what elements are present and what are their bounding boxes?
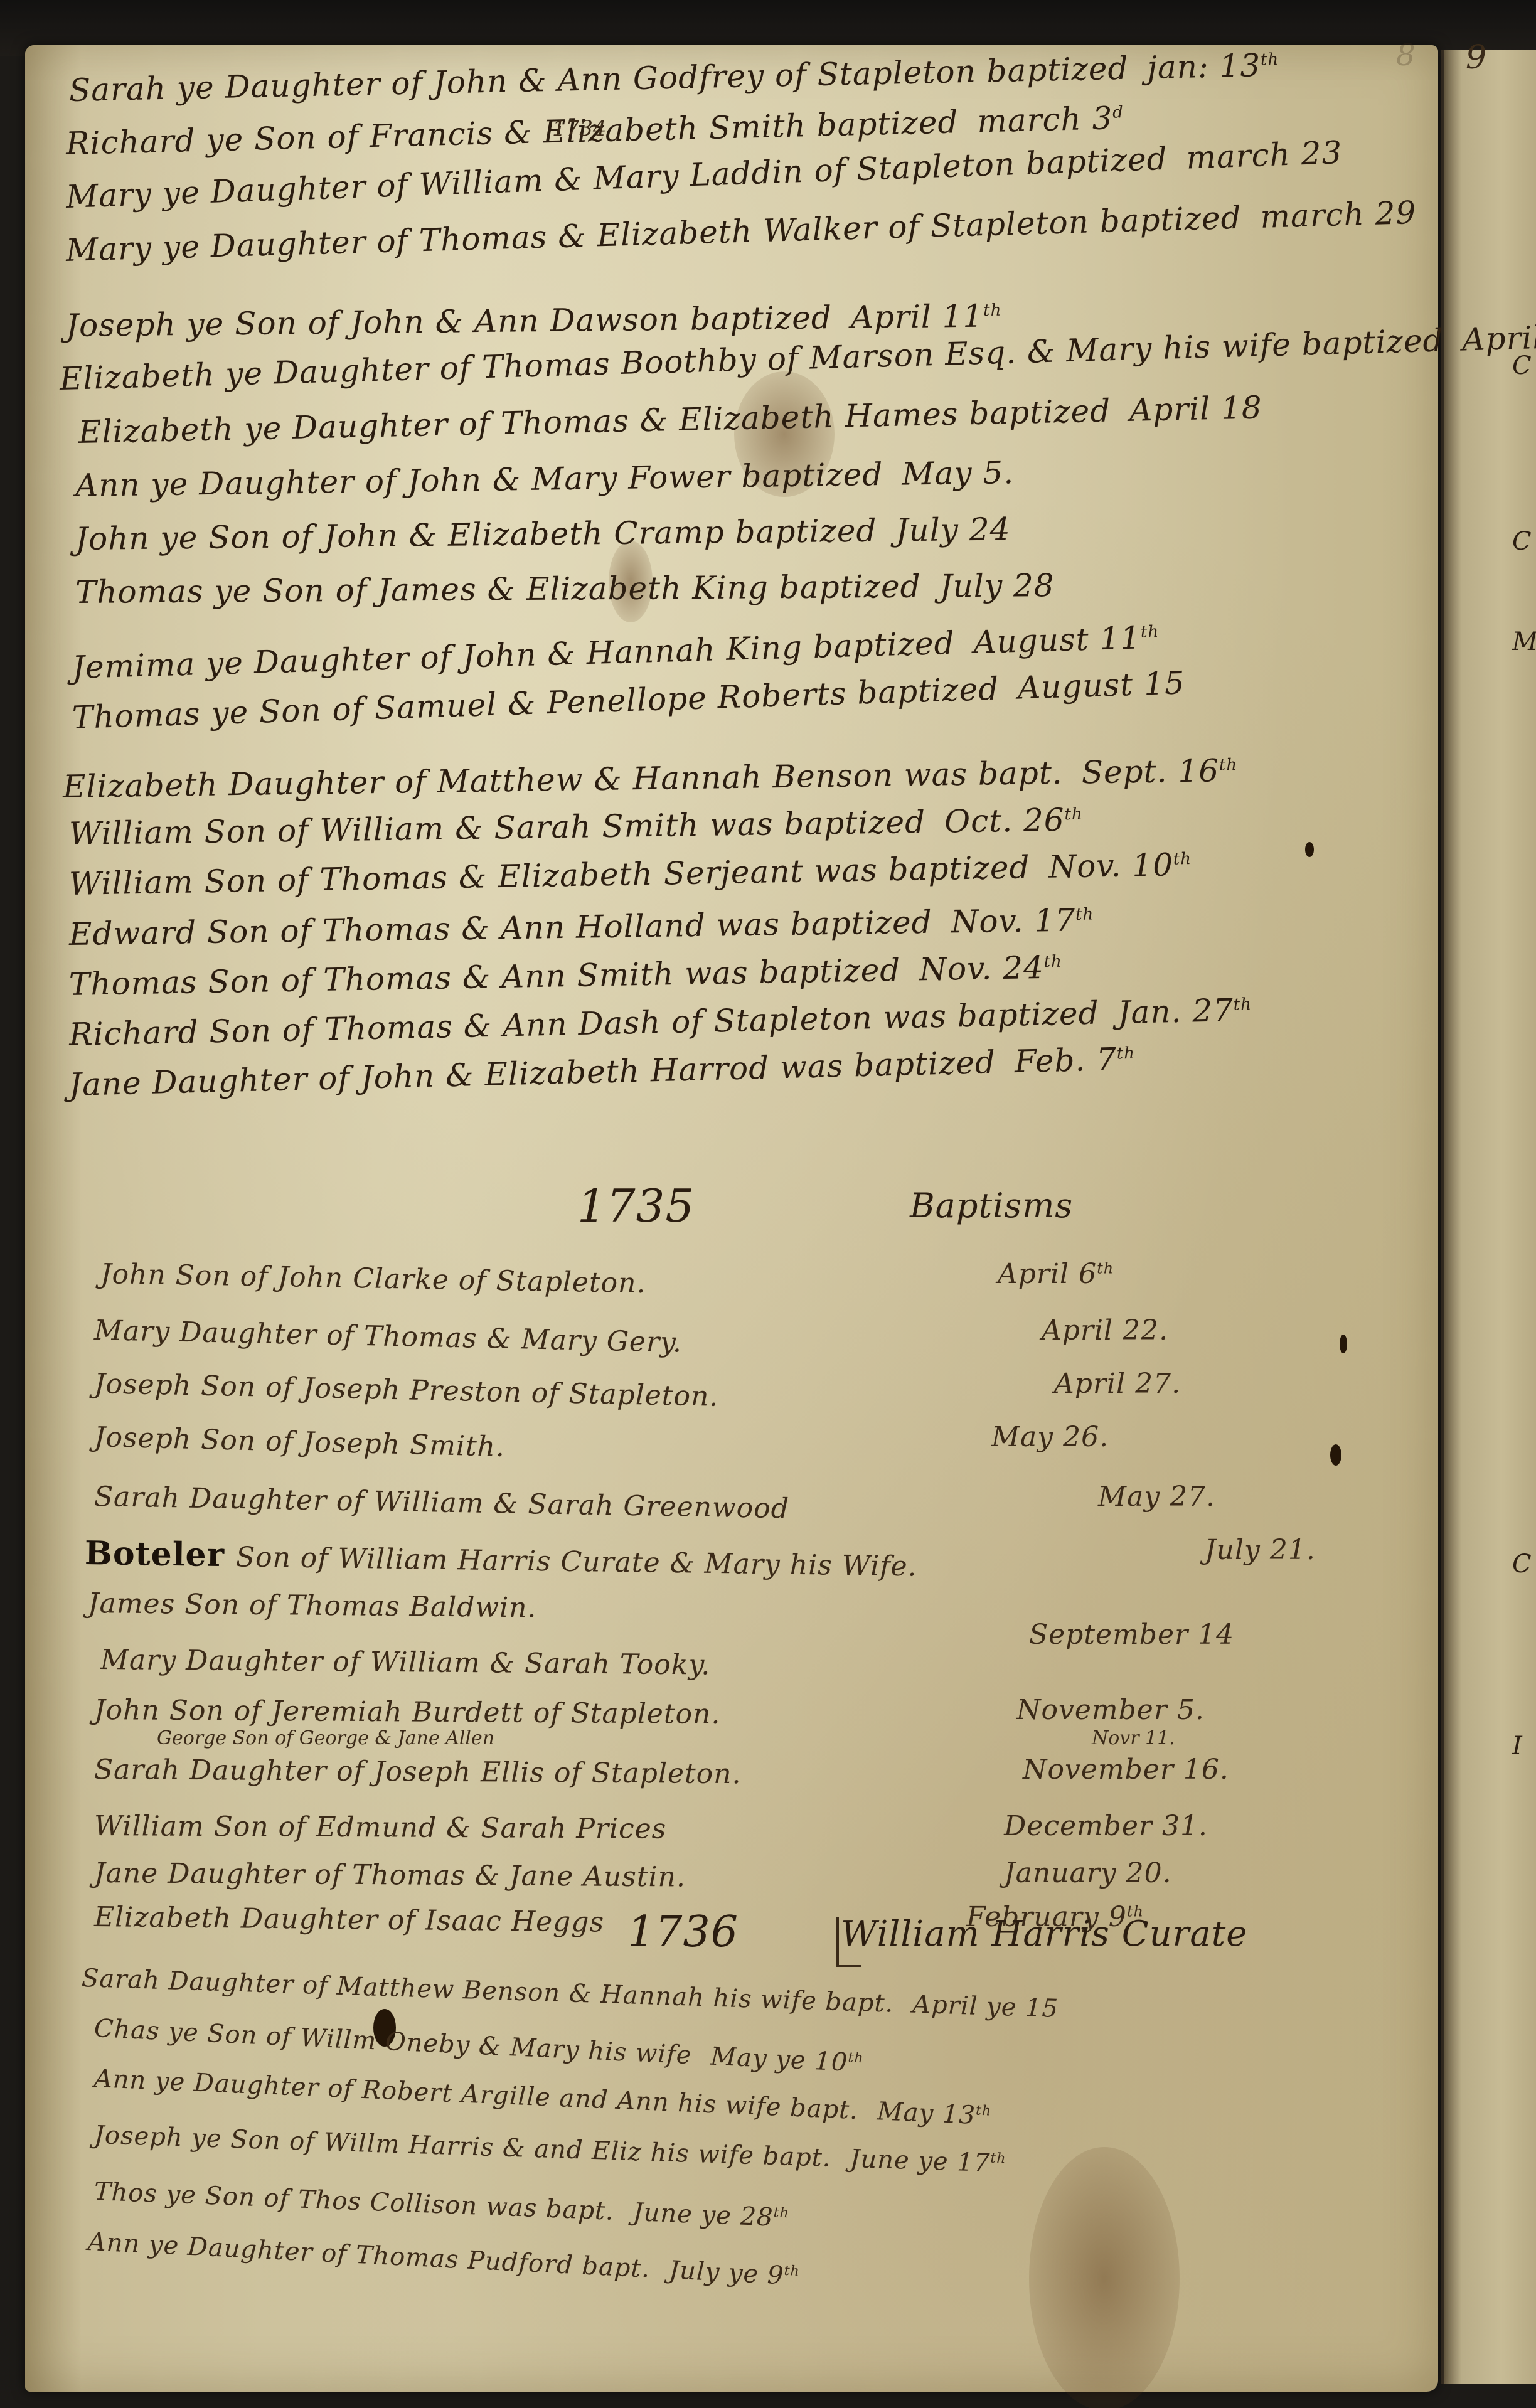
entry-date: march 3 xyxy=(977,100,1113,139)
page-number-left: 8 xyxy=(1396,38,1416,73)
date-suffix: th xyxy=(1075,905,1094,924)
entry-date: July 28 xyxy=(939,567,1054,604)
ink-blot xyxy=(1340,1335,1347,1353)
date-suffix: th xyxy=(1116,1044,1135,1063)
entry-date: November 5. xyxy=(1016,1694,1205,1726)
entry-date: Feb. 7 xyxy=(1014,1041,1117,1080)
entry-date: June ye 17 xyxy=(850,2144,991,2178)
signature-bracket xyxy=(836,1917,839,1967)
entry-date: march 29 xyxy=(1260,194,1417,235)
entry-name: Mary Daughter of William & Sarah Tooky. xyxy=(100,1644,711,1681)
date-suffix: th xyxy=(1141,622,1160,642)
entry-date: April 27. xyxy=(1054,1368,1181,1400)
water-stain xyxy=(1029,2147,1180,2408)
entry-date: April 6th xyxy=(998,1258,1114,1290)
entry-name: Sarah Daughter of Joseph Ellis of Staple… xyxy=(94,1754,742,1790)
page-number-right: 9 xyxy=(1466,39,1486,77)
entry-date: Sept. 16 xyxy=(1081,752,1219,791)
entry-text: Thomas ye Son of James & Elizabeth King … xyxy=(75,568,921,610)
entry-date: Jan. 27 xyxy=(1117,992,1234,1031)
signature-bracket xyxy=(836,1965,861,1967)
adjacent-page-fragment: C xyxy=(1512,351,1532,380)
entry-date: July 24 xyxy=(895,511,1011,548)
date-suffix: th xyxy=(1173,850,1192,869)
date-suffix: th xyxy=(773,2205,789,2221)
baptism-entry: Mary Daughter of William & Sarah Tooky. xyxy=(100,1644,711,1681)
date-suffix: th xyxy=(990,2151,1006,2167)
year-heading-1735: 1735 xyxy=(577,1180,695,1232)
year-note: 1734 xyxy=(552,116,607,141)
baptisms-heading: Baptisms xyxy=(910,1186,1073,1225)
entry-date: April ye 15 xyxy=(912,1990,1059,2023)
entry-name-bold: Boteler xyxy=(85,1534,225,1574)
entry-name: William Son of Edmund & Sarah Prices xyxy=(94,1810,667,1845)
ink-blot xyxy=(1305,842,1314,857)
ink-blot xyxy=(1330,1444,1341,1466)
date-suffix: th xyxy=(1233,995,1252,1015)
entry-date: May 5. xyxy=(902,454,1015,492)
entry-date: June ye 28 xyxy=(632,2198,774,2232)
baptism-entry: John Son of Jeremiah Burdett of Stapleto… xyxy=(94,1694,721,1730)
entry-date: Nov. 10 xyxy=(1048,846,1174,885)
baptism-entry: Jane Daughter of Thomas & Jane Austin. xyxy=(94,1857,686,1894)
baptism-entry: William Son of Edmund & Sarah Prices xyxy=(94,1810,667,1845)
adjacent-page-fragment: C xyxy=(1512,1550,1532,1579)
adjacent-page-fragment: C xyxy=(1512,527,1532,556)
entry-date: Nov. 17 xyxy=(951,902,1075,940)
adjacent-page-edge xyxy=(1441,50,1536,2384)
interlinear-date: Novr 11. xyxy=(1092,1727,1175,1749)
date-suffix: th xyxy=(1219,755,1238,774)
entry-date: jan: 13 xyxy=(1147,47,1261,86)
entry-date: July 21. xyxy=(1205,1534,1316,1566)
baptism-entry: Elizabeth Daughter of Isaac Heggs xyxy=(94,1901,605,1939)
date-suffix: th xyxy=(1261,50,1279,70)
entry-date: April 11 xyxy=(850,298,983,336)
entry-date: May ye 10 xyxy=(710,2042,848,2077)
entry-date: September 14 xyxy=(1029,1619,1234,1651)
entry-name: Jane Daughter of Thomas & Jane Austin. xyxy=(94,1857,686,1894)
entry-date: April 22. xyxy=(1042,1314,1168,1346)
entry-date: Oct. 26 xyxy=(944,802,1065,840)
entry-date: November 16. xyxy=(1023,1754,1229,1786)
entry-name: James Son of Thomas Baldwin. xyxy=(88,1587,537,1624)
date-suffix: d xyxy=(1112,103,1124,122)
baptism-entry: James Son of Thomas Baldwin. xyxy=(88,1587,537,1624)
entry-date: Nov. 24 xyxy=(919,949,1045,988)
entry-date: May 27. xyxy=(1098,1481,1215,1513)
entry-date: January 20. xyxy=(1004,1857,1172,1889)
entry-date: May 13 xyxy=(877,2097,976,2130)
date-suffix: th xyxy=(976,2103,992,2119)
entry-date: April 18 xyxy=(1129,389,1263,428)
entry-date: August 15 xyxy=(1017,664,1185,706)
entry-date: August 11 xyxy=(973,619,1141,660)
curate-signature: William Harris Curate xyxy=(841,1914,1247,1954)
entry-date: march 23 xyxy=(1186,134,1343,176)
date-suffix: th xyxy=(848,2050,864,2066)
entry-name: John Son of Jeremiah Burdett of Stapleto… xyxy=(94,1694,721,1730)
entry-date: July ye 9 xyxy=(668,2256,784,2290)
baptism-entry: Sarah Daughter of Joseph Ellis of Staple… xyxy=(94,1754,742,1790)
date-suffix: th xyxy=(784,2263,800,2279)
date-suffix: th xyxy=(983,301,1002,320)
adjacent-page-fragment: M xyxy=(1512,627,1536,656)
date-suffix: th xyxy=(1043,952,1062,972)
date-suffix: th xyxy=(1097,1259,1114,1277)
adjacent-page-fragment: I xyxy=(1512,1732,1522,1761)
year-heading-1736: 1736 xyxy=(627,1907,739,1957)
interlinear-entry: George Son of George & Jane Allen xyxy=(157,1727,494,1749)
date-suffix: th xyxy=(1064,805,1083,824)
entry-date: December 31. xyxy=(1004,1810,1208,1842)
entry-name: Elizabeth Daughter of Isaac Heggs xyxy=(94,1901,605,1939)
baptism-entry: Thomas ye Son of James & Elizabeth King … xyxy=(75,567,1055,610)
entry-date: May 26. xyxy=(991,1421,1109,1453)
